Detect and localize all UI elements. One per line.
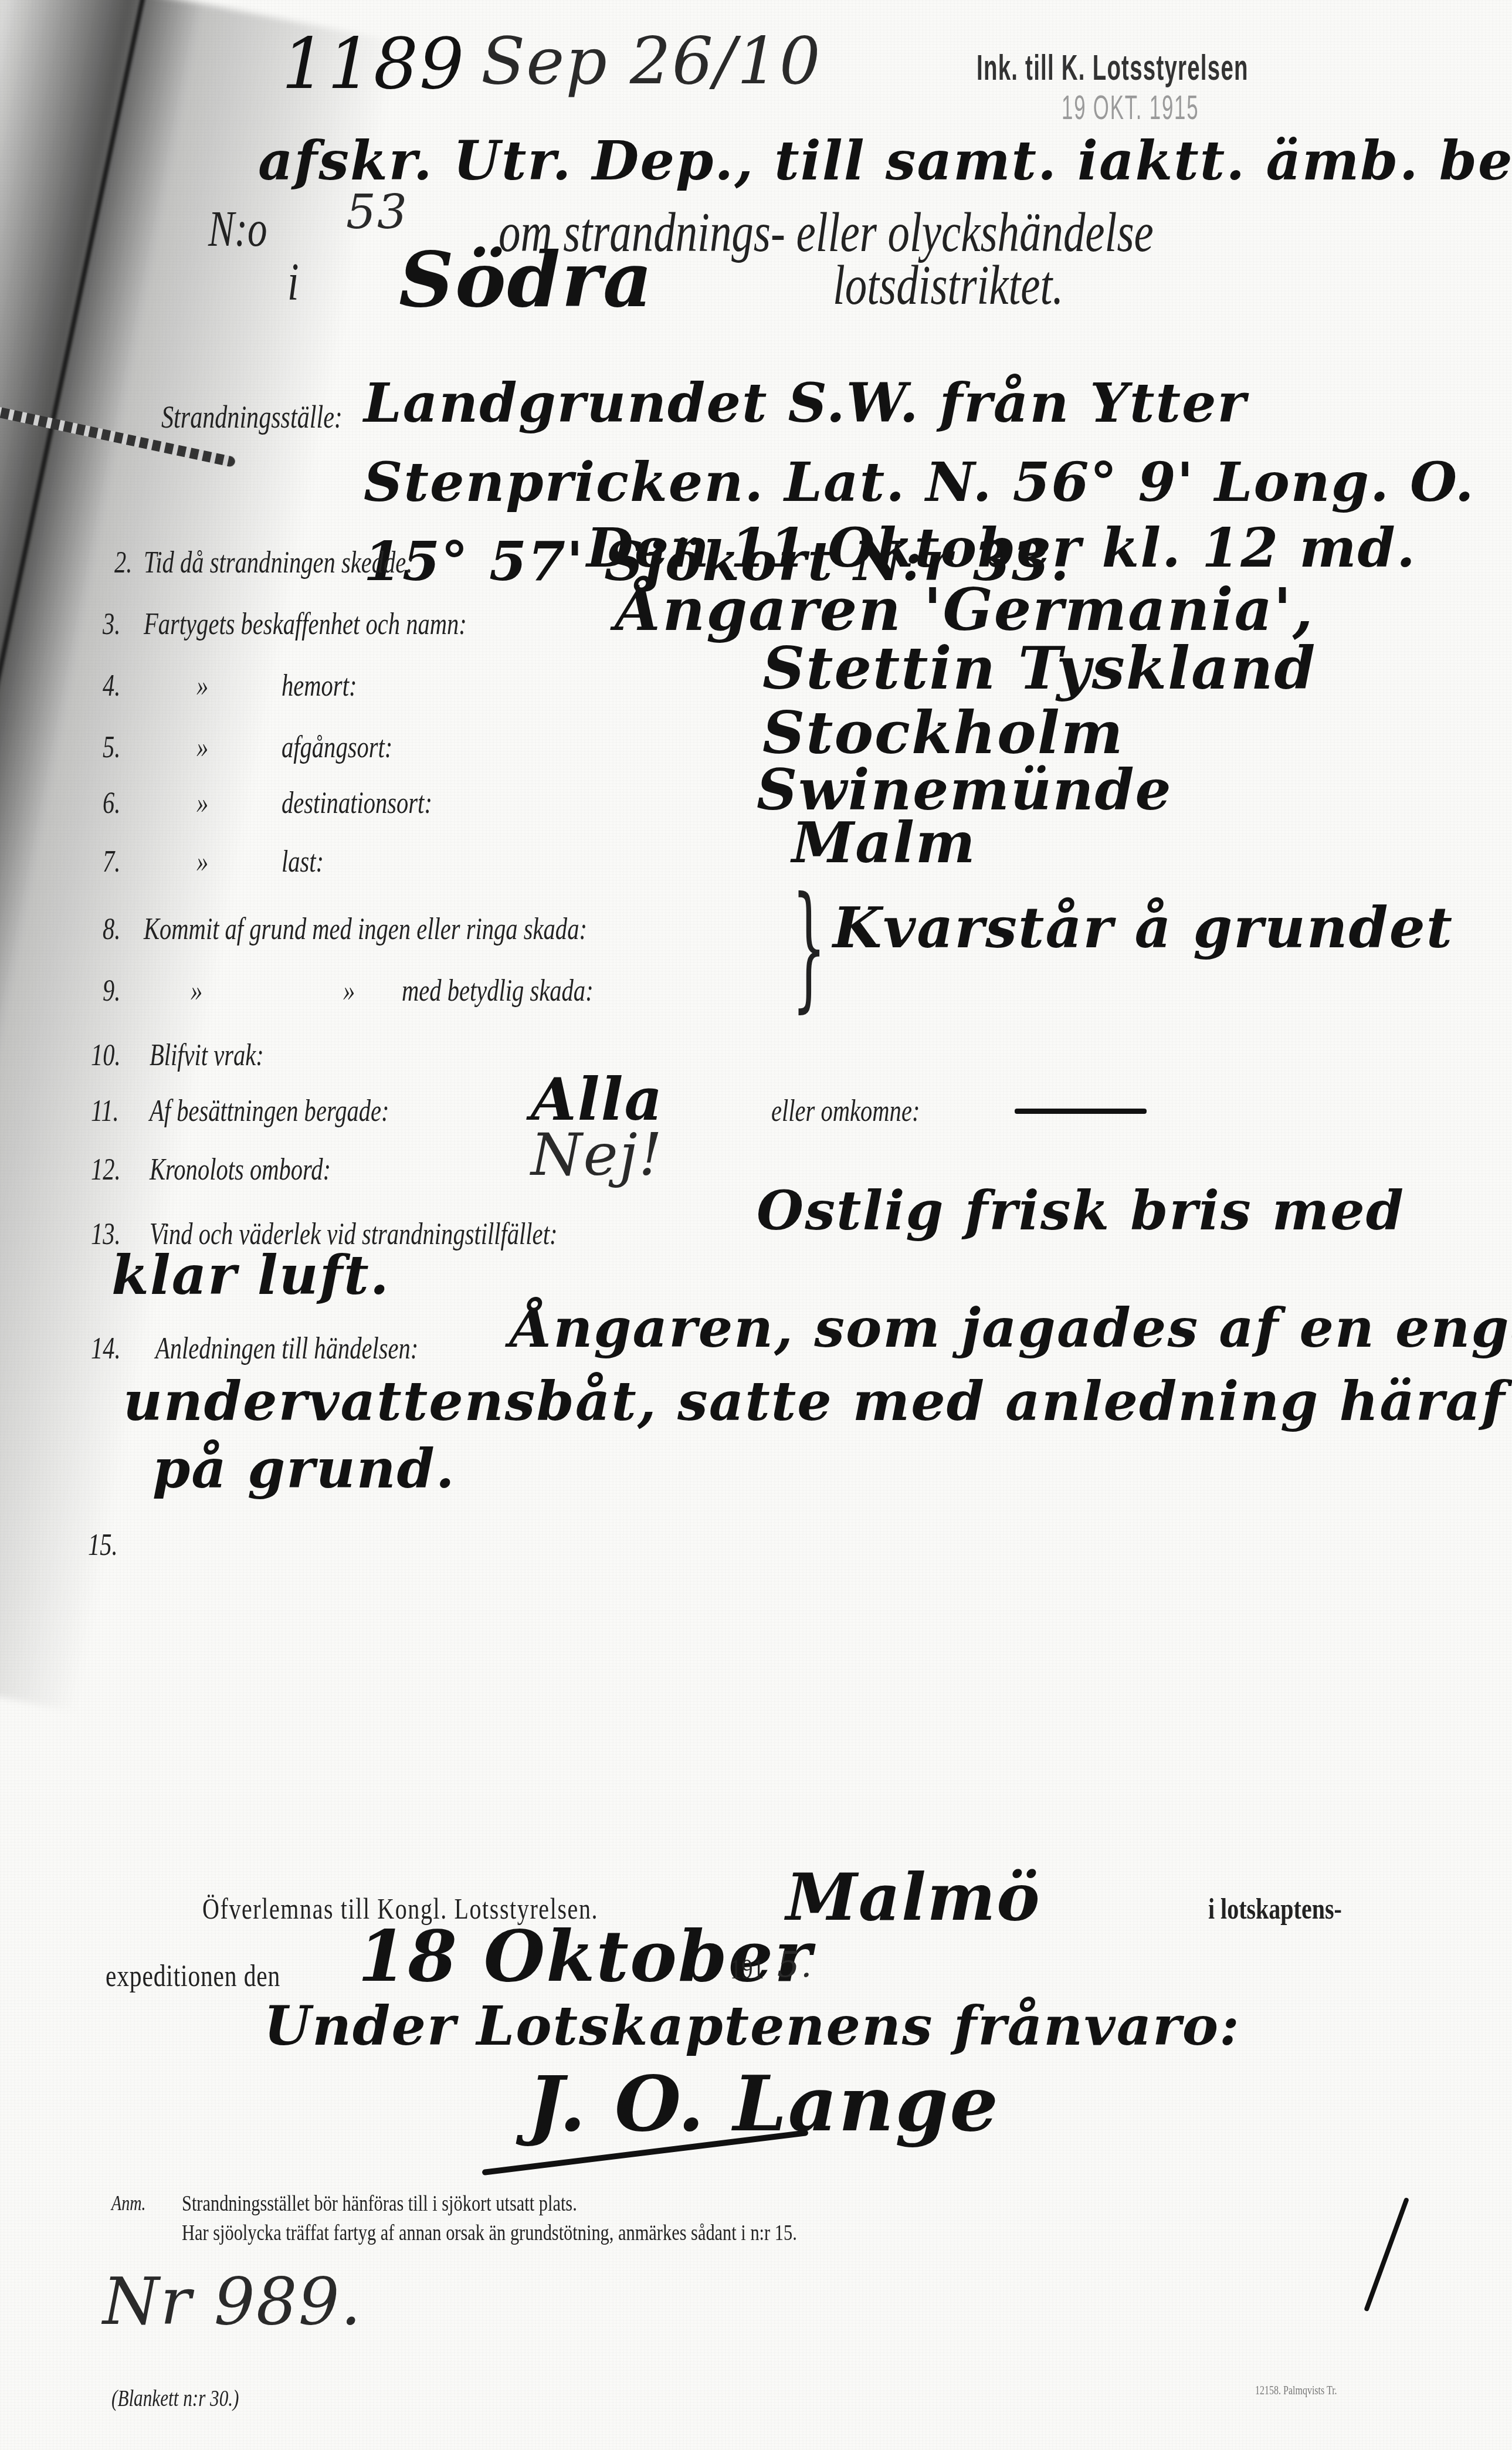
printer-mark: 12158. Palmqvists Tr. — [1255, 2384, 1337, 2398]
field-11-label2: eller omkomne: — [771, 1094, 920, 1129]
field-13-value: Ostlig frisk bris med — [757, 1179, 1405, 1242]
note-line2: Har sjöolycka träffat fartyg af annan or… — [182, 2220, 797, 2246]
field-8-value: Kvarstår å grundet — [833, 894, 1453, 961]
district-suffix: lotsdistriktet. — [833, 252, 1063, 317]
field-15-number: 15. — [88, 1528, 118, 1563]
report-number: 53 — [346, 185, 408, 239]
field-12-label: Kronolots ombord: — [150, 1153, 331, 1187]
field-13-value-cont: klar luft. — [111, 1243, 390, 1307]
field-7-label: last: — [282, 845, 324, 879]
field-11-label: Af besättningen bergade: — [150, 1094, 389, 1129]
field-2-value: Den 11 Oktober kl. 12 md. — [587, 516, 1416, 580]
field-6-number: 6. — [103, 786, 120, 821]
field-9-number: 9. — [103, 974, 120, 1008]
field-12-value: Nej! — [531, 1120, 663, 1189]
field-5-ditto: » — [196, 730, 208, 765]
note-prefix: Anm. — [111, 2191, 146, 2215]
registry-date: Sep 26/10 — [481, 23, 822, 99]
field-8-label: Kommit af grund med ingen eller ringa sk… — [144, 912, 587, 947]
field-10-number: 10. — [91, 1038, 121, 1073]
field-3-number: 3. — [103, 607, 120, 642]
form-number: (Blankett n:r 30.) — [111, 2384, 239, 2412]
field-7-value: Malm — [792, 809, 977, 876]
registry-note: 1189 — [282, 23, 465, 105]
field-2-number: 2. — [114, 545, 132, 580]
field-7-number: 7. — [103, 845, 120, 879]
field-3-label: Fartygets beskaffenhet och namn: — [144, 607, 467, 642]
district-name: Södra — [399, 235, 653, 324]
field-2-label: Tid då strandningen skedde: — [144, 545, 414, 580]
expedition-prefix: expeditionen den — [106, 1959, 280, 1994]
field-4-value: Stettin Tyskland — [762, 633, 1316, 703]
field-9-label: med betydlig skada: — [402, 974, 594, 1008]
field-8-number: 8. — [103, 912, 120, 947]
district-prefix: i — [287, 252, 299, 313]
handover-place: Malmö — [786, 1859, 1041, 1935]
field-4-label: hemort: — [282, 669, 357, 703]
received-stamp-line1: Ink. till K. Lotsstyrelsen — [977, 47, 1249, 89]
field-5-label: afgångsort: — [282, 730, 392, 765]
field-4-ditto: » — [196, 669, 208, 703]
field-6-label: destinationsort: — [282, 786, 432, 821]
received-stamp-date: 19 OKT. 1915 — [1062, 88, 1199, 127]
field-14-label: Anledningen till händelsen: — [155, 1331, 418, 1366]
field-9-ditto: » — [191, 974, 202, 1008]
field-9-ditto2: » — [343, 974, 355, 1008]
handwritten-instruction: afskr. Utr. Dep., till samt. iaktt. ämb.… — [258, 129, 1512, 192]
field-6-ditto: » — [196, 786, 208, 821]
field-14-value-cont: undervattensbåt, satte med anledning här… — [123, 1370, 1506, 1433]
field-14-value: Ångaren, som jagades af en engelsk — [510, 1296, 1512, 1360]
field-4-number: 4. — [103, 669, 120, 703]
field-14-number: 14. — [91, 1331, 121, 1366]
brace-icon: } — [792, 880, 826, 1015]
field-11-value2-dash — [1015, 1109, 1147, 1114]
note-line1: Strandningsstället bör hänföras till i s… — [182, 2191, 577, 2217]
field-7-ditto: » — [196, 845, 208, 879]
expedition-year-suffix: 5. — [777, 1944, 813, 1985]
field-5-number: 5. — [103, 730, 120, 765]
field-1-label: Strandningsställe: — [161, 399, 343, 435]
absence-note: Under Lotskaptenens frånvaro: — [264, 1994, 1240, 2058]
title-prefix: N:o — [208, 199, 267, 258]
field-14-value-cont2: på grund. — [152, 1437, 456, 1500]
field-11-number: 11. — [91, 1094, 119, 1129]
archive-number: Nr 989. — [103, 2264, 362, 2339]
office-text: i lotskaptens- — [1208, 1892, 1342, 1926]
field-10-label: Blifvit vrak: — [150, 1038, 264, 1073]
expedition-year-prefix: 191 — [730, 1953, 764, 1985]
field-12-number: 12. — [91, 1153, 121, 1187]
